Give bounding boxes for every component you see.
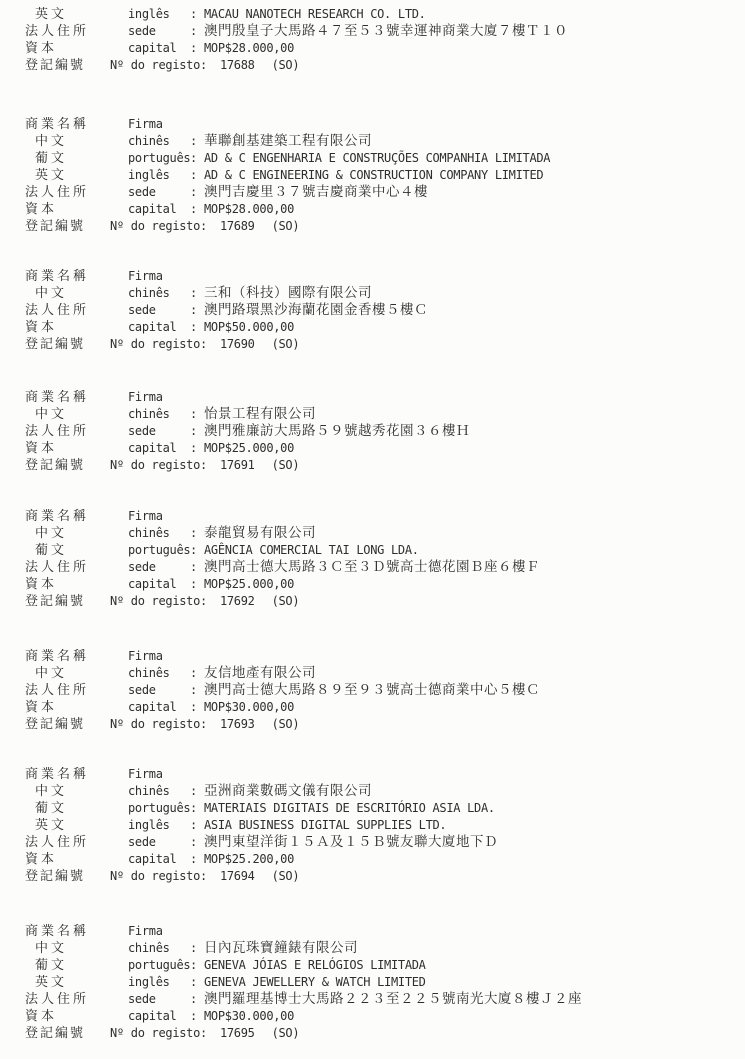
label-portuguese: sede bbox=[128, 991, 190, 1008]
registry-entry: 商業名稱Firma中文chinês:日內瓦珠寶鐘錶有限公司葡文português… bbox=[25, 923, 735, 1042]
entry-header-row: 商業名稱Firma bbox=[25, 389, 735, 406]
registry-suffix: (SO) bbox=[272, 457, 300, 474]
registry-number-row: 登記編號Nº do registo:17693(SO) bbox=[25, 716, 735, 733]
label-chinese: 中文 bbox=[25, 940, 128, 957]
field-value: 泰龍貿易有限公司 bbox=[204, 525, 735, 542]
registered-address-row: 法人住所sede:澳門東望洋街１５Ａ及１５Ｂ號友聯大廈地下Ｄ bbox=[25, 834, 735, 851]
registry-label-chinese: 登記編號 bbox=[25, 57, 110, 74]
registry-number: 17694 bbox=[220, 868, 255, 885]
field-value: 澳門羅理基博士大馬路２２３至２２５號南光大廈８樓Ｊ２座 bbox=[204, 991, 735, 1008]
field-value: MATERIAIS DIGITAIS DE ESCRITÓRIO ASIA LD… bbox=[204, 800, 735, 817]
english-name-row: 英文inglês:GENEVA JEWELLERY & WATCH LIMITE… bbox=[25, 974, 735, 991]
field-value: 亞洲商業數碼文儀有限公司 bbox=[204, 783, 735, 800]
field-value: 怡景工程有限公司 bbox=[204, 406, 735, 423]
colon-separator: : bbox=[190, 1008, 204, 1025]
field-value: AD & C ENGENHARIA E CONSTRUÇÕES COMPANHI… bbox=[204, 150, 735, 167]
capital-row: 資本capital:MOP$25.200,00 bbox=[25, 851, 735, 868]
registry-number-row: 登記編號Nº do registo:17689(SO) bbox=[25, 218, 735, 235]
colon-separator: : bbox=[190, 423, 204, 440]
firm-label-portuguese: Firma bbox=[128, 648, 190, 665]
colon-separator: : bbox=[190, 525, 204, 542]
label-chinese: 英文 bbox=[25, 167, 128, 184]
registry-suffix: (SO) bbox=[272, 1025, 300, 1042]
label-chinese: 資本 bbox=[25, 319, 128, 336]
colon-separator: : bbox=[190, 851, 204, 868]
colon-separator: : bbox=[190, 800, 204, 817]
chinese-name-row: 中文chinês:泰龍貿易有限公司 bbox=[25, 525, 735, 542]
registry-entry: 商業名稱Firma中文chinês:怡景工程有限公司法人住所sede:澳門雅廉訪… bbox=[25, 389, 735, 474]
capital-row: 資本capital:MOP$50.000,00 bbox=[25, 319, 735, 336]
registered-address-row: 法人住所sede:澳門雅廉訪大馬路５９號越秀花園３６樓Ｈ bbox=[25, 423, 735, 440]
label-portuguese: chinês bbox=[128, 133, 190, 150]
label-portuguese: capital bbox=[128, 699, 190, 716]
english-name-row: 英文inglês:AD & C ENGINEERING & CONSTRUCTI… bbox=[25, 167, 735, 184]
entry-header-row: 商業名稱Firma bbox=[25, 923, 735, 940]
field-value: 澳門高士德大馬路３Ｃ至３Ｄ號高士德花園Ｂ座６樓Ｆ bbox=[204, 559, 735, 576]
colon-separator: : bbox=[190, 440, 204, 457]
colon-separator: : bbox=[190, 576, 204, 593]
registry-entry: 商業名稱Firma中文chinês:友信地產有限公司法人住所sede:澳門高士德… bbox=[25, 648, 735, 733]
registry-number-row: 登記編號Nº do registo:17691(SO) bbox=[25, 457, 735, 474]
registry-label-portuguese: Nº do registo: bbox=[110, 57, 207, 74]
capital-row: 資本capital:MOP$30.000,00 bbox=[25, 699, 735, 716]
registry-label-portuguese: Nº do registo: bbox=[110, 593, 207, 610]
field-value: MOP$30.000,00 bbox=[204, 699, 735, 716]
label-chinese: 資本 bbox=[25, 440, 128, 457]
label-portuguese: chinês bbox=[128, 285, 190, 302]
field-value: 華聯創基建築工程有限公司 bbox=[204, 133, 735, 150]
field-value: AD & C ENGINEERING & CONSTRUCTION COMPAN… bbox=[204, 167, 735, 184]
colon-separator: : bbox=[190, 542, 204, 559]
label-chinese: 資本 bbox=[25, 1008, 128, 1025]
label-chinese: 中文 bbox=[25, 783, 128, 800]
field-value: 澳門東望洋街１５Ａ及１５Ｂ號友聯大廈地下Ｄ bbox=[204, 834, 735, 851]
portuguese-name-row: 葡文português:AGÊNCIA COMERCIAL TAI LONG L… bbox=[25, 542, 735, 559]
colon-separator: : bbox=[190, 957, 204, 974]
label-portuguese: capital bbox=[128, 851, 190, 868]
label-portuguese: português bbox=[128, 150, 190, 167]
colon-separator: : bbox=[190, 23, 204, 40]
registered-address-row: 法人住所sede:澳門羅理基博士大馬路２２３至２２５號南光大廈８樓Ｊ２座 bbox=[25, 991, 735, 1008]
portuguese-name-row: 葡文português:GENEVA JÓIAS E RELÓGIOS LIMI… bbox=[25, 957, 735, 974]
colon-separator: : bbox=[190, 201, 204, 218]
registered-address-row: 法人住所sede:澳門高士德大馬路８９至９３號高士德商業中心５樓Ｃ bbox=[25, 682, 735, 699]
registry-suffix: (SO) bbox=[272, 218, 300, 235]
colon-separator: : bbox=[190, 940, 204, 957]
registry-entry: 商業名稱Firma中文chinês:亞洲商業數碼文儀有限公司葡文portuguê… bbox=[25, 766, 735, 885]
label-portuguese: chinês bbox=[128, 406, 190, 423]
registry-label-chinese: 登記編號 bbox=[25, 593, 110, 610]
capital-row: 資本capital:MOP$25.000,00 bbox=[25, 576, 735, 593]
field-value: 三和（科技）國際有限公司 bbox=[204, 285, 735, 302]
registered-address-row: 法人住所sede:澳門高士德大馬路３Ｃ至３Ｄ號高士德花園Ｂ座６樓Ｆ bbox=[25, 559, 735, 576]
field-value: MOP$25.000,00 bbox=[204, 576, 735, 593]
colon-separator: : bbox=[190, 699, 204, 716]
registry-number-row: 登記編號Nº do registo:17690(SO) bbox=[25, 336, 735, 353]
label-portuguese: capital bbox=[128, 40, 190, 57]
label-portuguese: inglês bbox=[128, 6, 190, 23]
entry-header-row: 商業名稱Firma bbox=[25, 268, 735, 285]
label-portuguese: capital bbox=[128, 1008, 190, 1025]
colon-separator: : bbox=[190, 319, 204, 336]
registry-label-portuguese: Nº do registo: bbox=[110, 868, 207, 885]
field-value: AGÊNCIA COMERCIAL TAI LONG LDA. bbox=[204, 542, 735, 559]
field-value: 日內瓦珠寶鐘錶有限公司 bbox=[204, 940, 735, 957]
chinese-name-row: 中文chinês:三和（科技）國際有限公司 bbox=[25, 285, 735, 302]
registry-number: 17692 bbox=[220, 593, 255, 610]
label-portuguese: capital bbox=[128, 576, 190, 593]
label-chinese: 葡文 bbox=[25, 800, 128, 817]
colon-separator: : bbox=[190, 783, 204, 800]
registry-number-row: 登記編號Nº do registo:17688(SO) bbox=[25, 57, 735, 74]
chinese-name-row: 中文chinês:友信地產有限公司 bbox=[25, 665, 735, 682]
label-portuguese: chinês bbox=[128, 940, 190, 957]
registry-entry: 英文inglês:MACAU NANOTECH RESEARCH CO. LTD… bbox=[25, 6, 735, 74]
firm-label-chinese: 商業名稱 bbox=[25, 766, 128, 783]
registry-label-chinese: 登記編號 bbox=[25, 218, 110, 235]
firm-label-chinese: 商業名稱 bbox=[25, 116, 128, 133]
field-value: 友信地產有限公司 bbox=[204, 665, 735, 682]
entry-header-row: 商業名稱Firma bbox=[25, 116, 735, 133]
label-portuguese: chinês bbox=[128, 783, 190, 800]
registry-label-portuguese: Nº do registo: bbox=[110, 218, 207, 235]
capital-row: 資本capital:MOP$28.000,00 bbox=[25, 201, 735, 218]
colon-separator: : bbox=[190, 285, 204, 302]
label-portuguese: português bbox=[128, 542, 190, 559]
field-value: MOP$28.000,00 bbox=[204, 40, 735, 57]
label-chinese: 英文 bbox=[25, 817, 128, 834]
firm-label-portuguese: Firma bbox=[128, 116, 190, 133]
label-chinese: 資本 bbox=[25, 851, 128, 868]
registry-label-chinese: 登記編號 bbox=[25, 336, 110, 353]
colon-separator: : bbox=[190, 682, 204, 699]
registry-entry: 商業名稱Firma中文chinês:泰龍貿易有限公司葡文português:AG… bbox=[25, 508, 735, 610]
firm-label-chinese: 商業名稱 bbox=[25, 268, 128, 285]
entry-header-row: 商業名稱Firma bbox=[25, 508, 735, 525]
field-value: 澳門高士德大馬路８９至９３號高士德商業中心５樓Ｃ bbox=[204, 682, 735, 699]
registry-entry: 商業名稱Firma中文chinês:華聯創基建築工程有限公司葡文portuguê… bbox=[25, 116, 735, 235]
registry-number: 17688 bbox=[220, 57, 255, 74]
label-chinese: 資本 bbox=[25, 699, 128, 716]
registry-label-portuguese: Nº do registo: bbox=[110, 1025, 207, 1042]
field-value: GENEVA JEWELLERY & WATCH LIMITED bbox=[204, 974, 735, 991]
label-portuguese: português bbox=[128, 957, 190, 974]
label-portuguese: sede bbox=[128, 302, 190, 319]
registry-number: 17695 bbox=[220, 1025, 255, 1042]
label-portuguese: inglês bbox=[128, 974, 190, 991]
registry-label-portuguese: Nº do registo: bbox=[110, 457, 207, 474]
label-portuguese: capital bbox=[128, 440, 190, 457]
label-chinese: 中文 bbox=[25, 665, 128, 682]
label-portuguese: inglês bbox=[128, 817, 190, 834]
label-chinese: 葡文 bbox=[25, 957, 128, 974]
colon-separator: : bbox=[190, 133, 204, 150]
registered-address-row: 法人住所sede:澳門路環黑沙海蘭花園金香樓５樓Ｃ bbox=[25, 302, 735, 319]
field-value: MOP$28.000,00 bbox=[204, 201, 735, 218]
registry-suffix: (SO) bbox=[272, 868, 300, 885]
field-value: ASIA BUSINESS DIGITAL SUPPLIES LTD. bbox=[204, 817, 735, 834]
firm-label-portuguese: Firma bbox=[128, 766, 190, 783]
colon-separator: : bbox=[190, 406, 204, 423]
english-name-row: 英文inglês:MACAU NANOTECH RESEARCH CO. LTD… bbox=[25, 6, 735, 23]
capital-row: 資本capital:MOP$25.000,00 bbox=[25, 440, 735, 457]
firm-label-chinese: 商業名稱 bbox=[25, 508, 128, 525]
firm-label-chinese: 商業名稱 bbox=[25, 389, 128, 406]
label-chinese: 中文 bbox=[25, 406, 128, 423]
colon-separator: : bbox=[190, 6, 204, 23]
firm-label-portuguese: Firma bbox=[128, 389, 190, 406]
field-value: MACAU NANOTECH RESEARCH CO. LTD. bbox=[204, 6, 735, 23]
field-value: 澳門殷皇子大馬路４７至５３號幸運神商業大廈７樓Ｔ１０ bbox=[204, 23, 735, 40]
capital-row: 資本capital:MOP$30.000,00 bbox=[25, 1008, 735, 1025]
label-chinese: 葡文 bbox=[25, 150, 128, 167]
registered-address-row: 法人住所sede:澳門吉慶里３７號吉慶商業中心４樓 bbox=[25, 184, 735, 201]
registry-number: 17689 bbox=[220, 218, 255, 235]
label-chinese: 英文 bbox=[25, 974, 128, 991]
colon-separator: : bbox=[190, 184, 204, 201]
field-value: 澳門路環黑沙海蘭花園金香樓５樓Ｃ bbox=[204, 302, 735, 319]
firm-label-portuguese: Firma bbox=[128, 923, 190, 940]
colon-separator: : bbox=[190, 665, 204, 682]
registry-suffix: (SO) bbox=[272, 57, 300, 74]
registry-number-row: 登記編號Nº do registo:17694(SO) bbox=[25, 868, 735, 885]
label-chinese: 法人住所 bbox=[25, 23, 128, 40]
registry-label-chinese: 登記編號 bbox=[25, 868, 110, 885]
colon-separator: : bbox=[190, 150, 204, 167]
registry-suffix: (SO) bbox=[272, 716, 300, 733]
registry-label-chinese: 登記編號 bbox=[25, 1025, 110, 1042]
firm-label-portuguese: Firma bbox=[128, 508, 190, 525]
field-value: GENEVA JÓIAS E RELÓGIOS LIMITADA bbox=[204, 957, 735, 974]
colon-separator: : bbox=[190, 974, 204, 991]
registry-suffix: (SO) bbox=[272, 593, 300, 610]
field-value: MOP$25.200,00 bbox=[204, 851, 735, 868]
firm-label-chinese: 商業名稱 bbox=[25, 648, 128, 665]
registered-address-row: 法人住所sede:澳門殷皇子大馬路４７至５３號幸運神商業大廈７樓Ｔ１０ bbox=[25, 23, 735, 40]
field-value: MOP$25.000,00 bbox=[204, 440, 735, 457]
registry-label-chinese: 登記編號 bbox=[25, 457, 110, 474]
registry-number: 17693 bbox=[220, 716, 255, 733]
label-chinese: 葡文 bbox=[25, 542, 128, 559]
registry-suffix: (SO) bbox=[272, 336, 300, 353]
label-chinese: 資本 bbox=[25, 576, 128, 593]
field-value: MOP$50.000,00 bbox=[204, 319, 735, 336]
label-portuguese: capital bbox=[128, 319, 190, 336]
english-name-row: 英文inglês:ASIA BUSINESS DIGITAL SUPPLIES … bbox=[25, 817, 735, 834]
colon-separator: : bbox=[190, 991, 204, 1008]
field-value: 澳門雅廉訪大馬路５９號越秀花園３６樓Ｈ bbox=[204, 423, 735, 440]
colon-separator: : bbox=[190, 302, 204, 319]
chinese-name-row: 中文chinês:華聯創基建築工程有限公司 bbox=[25, 133, 735, 150]
label-chinese: 資本 bbox=[25, 40, 128, 57]
registry-entry: 商業名稱Firma中文chinês:三和（科技）國際有限公司法人住所sede:澳… bbox=[25, 268, 735, 353]
label-chinese: 法人住所 bbox=[25, 682, 128, 699]
label-chinese: 資本 bbox=[25, 201, 128, 218]
field-value: 澳門吉慶里３７號吉慶商業中心４樓 bbox=[204, 184, 735, 201]
registry-label-chinese: 登記編號 bbox=[25, 716, 110, 733]
chinese-name-row: 中文chinês:日內瓦珠寶鐘錶有限公司 bbox=[25, 940, 735, 957]
label-chinese: 法人住所 bbox=[25, 423, 128, 440]
registry-label-portuguese: Nº do registo: bbox=[110, 716, 207, 733]
chinese-name-row: 中文chinês:怡景工程有限公司 bbox=[25, 406, 735, 423]
label-chinese: 法人住所 bbox=[25, 559, 128, 576]
label-portuguese: sede bbox=[128, 423, 190, 440]
label-portuguese: sede bbox=[128, 834, 190, 851]
label-chinese: 中文 bbox=[25, 285, 128, 302]
label-chinese: 英文 bbox=[25, 6, 128, 23]
label-portuguese: português bbox=[128, 800, 190, 817]
label-chinese: 法人住所 bbox=[25, 184, 128, 201]
colon-separator: : bbox=[190, 834, 204, 851]
gazette-registry-page: 英文inglês:MACAU NANOTECH RESEARCH CO. LTD… bbox=[0, 0, 745, 1059]
colon-separator: : bbox=[190, 559, 204, 576]
chinese-name-row: 中文chinês:亞洲商業數碼文儀有限公司 bbox=[25, 783, 735, 800]
field-value: MOP$30.000,00 bbox=[204, 1008, 735, 1025]
registry-number-row: 登記編號Nº do registo:17695(SO) bbox=[25, 1025, 735, 1042]
registry-number-row: 登記編號Nº do registo:17692(SO) bbox=[25, 593, 735, 610]
registry-label-portuguese: Nº do registo: bbox=[110, 336, 207, 353]
colon-separator: : bbox=[190, 40, 204, 57]
registry-number: 17690 bbox=[220, 336, 255, 353]
label-chinese: 中文 bbox=[25, 525, 128, 542]
colon-separator: : bbox=[190, 167, 204, 184]
registry-number: 17691 bbox=[220, 457, 255, 474]
label-portuguese: sede bbox=[128, 559, 190, 576]
capital-row: 資本capital:MOP$28.000,00 bbox=[25, 40, 735, 57]
portuguese-name-row: 葡文português:MATERIAIS DIGITAIS DE ESCRIT… bbox=[25, 800, 735, 817]
label-portuguese: sede bbox=[128, 682, 190, 699]
label-portuguese: sede bbox=[128, 23, 190, 40]
label-chinese: 中文 bbox=[25, 133, 128, 150]
label-portuguese: inglês bbox=[128, 167, 190, 184]
label-portuguese: capital bbox=[128, 201, 190, 218]
label-portuguese: chinês bbox=[128, 665, 190, 682]
label-chinese: 法人住所 bbox=[25, 834, 128, 851]
portuguese-name-row: 葡文português:AD & C ENGENHARIA E CONSTRUÇ… bbox=[25, 150, 735, 167]
label-portuguese: chinês bbox=[128, 525, 190, 542]
label-portuguese: sede bbox=[128, 184, 190, 201]
colon-separator: : bbox=[190, 817, 204, 834]
entry-header-row: 商業名稱Firma bbox=[25, 766, 735, 783]
label-chinese: 法人住所 bbox=[25, 991, 128, 1008]
firm-label-portuguese: Firma bbox=[128, 268, 190, 285]
firm-label-chinese: 商業名稱 bbox=[25, 923, 128, 940]
label-chinese: 法人住所 bbox=[25, 302, 128, 319]
entry-header-row: 商業名稱Firma bbox=[25, 648, 735, 665]
